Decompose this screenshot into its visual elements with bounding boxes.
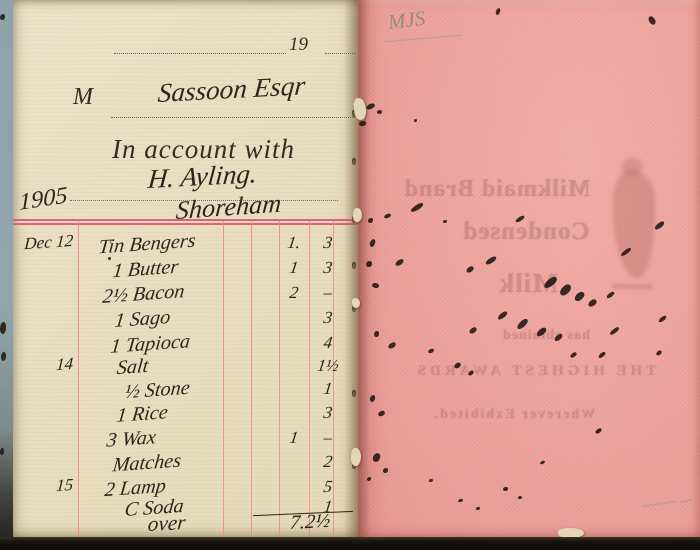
ledger-pence-handwriting: – bbox=[312, 428, 345, 448]
ledger-item-handwriting: 2½ Bacon bbox=[101, 280, 185, 309]
scanner-background-strip bbox=[0, 0, 13, 550]
ledger-item-handwriting: 1 Tapioca bbox=[109, 330, 191, 358]
ledger-row: 152 Lamp5 bbox=[13, 477, 358, 501]
ledger-item-handwriting: 1 Sago bbox=[114, 306, 172, 333]
ledger-item-handwriting: 2 Lamp bbox=[103, 475, 167, 502]
merchant-dotted-line bbox=[70, 200, 338, 201]
ledger-date-handwriting: 15 bbox=[12, 475, 74, 499]
book-bottom-edge bbox=[0, 537, 700, 550]
ledger-column-rule-pence bbox=[333, 221, 334, 537]
ledger-date-handwriting: 14 bbox=[12, 354, 74, 378]
ledger-shillings-handwriting: 1 bbox=[280, 428, 309, 448]
ledger-pence-handwriting: 1 bbox=[312, 379, 345, 399]
ledger-shillings-handwriting: 2 bbox=[280, 283, 309, 303]
ledger-head-rule-1 bbox=[13, 219, 358, 221]
ledger-pence-handwriting: 3 bbox=[312, 233, 345, 253]
showthrough-line: has obtained bbox=[375, 328, 700, 344]
ledger-pence-handwriting: 3 bbox=[312, 258, 345, 278]
printed-name-prefix: M bbox=[73, 84, 93, 111]
town-handwriting: Shoreham bbox=[175, 189, 282, 226]
ledger-item-handwriting: Tin Bengers bbox=[97, 230, 197, 260]
showthrough-line: Milk bbox=[357, 268, 699, 299]
account-book-scan: 19 M Sassoon Esqr In account with H. Ayl… bbox=[0, 0, 700, 550]
pencil-smudge-2 bbox=[680, 499, 692, 503]
showthrough-line: Milkmaid Brand bbox=[326, 176, 668, 203]
ledger-column-rule-2 bbox=[251, 221, 252, 537]
ledger-item-handwriting: Salt bbox=[116, 355, 150, 380]
ledger-pence-handwriting: 2 bbox=[312, 452, 345, 472]
ledger-pence-handwriting: 1½ bbox=[312, 356, 345, 376]
ledger-page: 19 M Sassoon Esqr In account with H. Ayl… bbox=[13, 0, 358, 537]
merchant-name-handwriting: H. Ayling. bbox=[147, 158, 259, 195]
ledger-pence-handwriting: 4 bbox=[312, 333, 345, 353]
ledger-column-rule-shillings bbox=[309, 221, 310, 537]
ledger-row: ½ Stone1 bbox=[13, 379, 358, 403]
spine-gutter-shadow bbox=[344, 0, 370, 537]
ledger-date-handwriting: Dec 12 bbox=[12, 231, 74, 255]
ledger-row: 2½ Bacon2– bbox=[13, 283, 358, 307]
total-label-handwriting: over bbox=[147, 510, 187, 537]
cover-page: MJS Milkmaid BrandCondensedMilkhas obtai… bbox=[358, 0, 700, 537]
ledger-row: 1 Tapioca4 bbox=[13, 333, 358, 357]
ledger-pence-handwriting: – bbox=[312, 283, 345, 303]
ledger-row: Dec 12Tin Bengers1.3 bbox=[13, 233, 358, 257]
ledger-pence-handwriting: 1 bbox=[312, 497, 345, 517]
ledger-row: 1 Sago3 bbox=[13, 308, 358, 332]
showthrough-line: Wherever Exhibited. bbox=[343, 407, 685, 423]
ledger-row: 3 Wax1– bbox=[13, 428, 358, 452]
cover-showthrough-text: Milkmaid BrandCondensedMilkhas obtainedT… bbox=[358, 0, 700, 537]
ledger-item-handwriting: C Soda bbox=[123, 495, 184, 522]
ledger-shillings-handwriting: 1 bbox=[280, 258, 309, 278]
year-handwriting: 1905 bbox=[19, 183, 68, 217]
total-sum-line bbox=[253, 511, 353, 516]
showthrough-line: Condensed bbox=[355, 218, 697, 246]
ledger-row: Matches2 bbox=[13, 452, 358, 476]
ledger-pence-handwriting: 3 bbox=[312, 403, 345, 423]
ledger-column-rule-3 bbox=[279, 221, 280, 537]
total-value-handwriting: 7.2½ bbox=[289, 510, 331, 535]
customer-name-handwriting: Sassoon Esqr bbox=[157, 70, 307, 109]
ledger-pence-handwriting: 3 bbox=[312, 308, 345, 328]
pencil-underline bbox=[384, 35, 462, 43]
ledger-shillings-handwriting: 1. bbox=[280, 233, 309, 253]
printed-phrase: In account with bbox=[112, 134, 295, 165]
milkmaid-figure-showthrough bbox=[613, 170, 655, 278]
ledger-item-handwriting: 1 Rice bbox=[116, 401, 169, 427]
ledger-row: 1 Rice3 bbox=[13, 403, 358, 427]
trade-mark-showthrough bbox=[612, 284, 652, 289]
ledger-pence-handwriting: 5 bbox=[312, 477, 345, 497]
ledger-column-rule-1 bbox=[223, 221, 224, 537]
milkmaid-figure-head-showthrough bbox=[621, 158, 643, 176]
ledger-item-handwriting: Matches bbox=[111, 450, 182, 478]
showthrough-line: THE HIGHEST AWARDS bbox=[364, 363, 700, 380]
ledger-row: C Soda1 bbox=[13, 497, 358, 521]
ledger-item-handwriting: 1 Butter bbox=[111, 256, 179, 283]
pencil-initials: MJS bbox=[387, 6, 427, 35]
ledger-row: 14Salt1½ bbox=[13, 356, 358, 380]
ledger-column-rule-date bbox=[78, 221, 79, 537]
ledger-row: 1 Butter13 bbox=[13, 258, 358, 282]
ledger-item-handwriting: ½ Stone bbox=[123, 377, 191, 404]
ledger-head-rule-2 bbox=[13, 223, 358, 225]
printed-year-prefix: 19 bbox=[289, 34, 308, 56]
ledger-rows: Dec 12Tin Bengers1.31 Butter132½ Bacon2–… bbox=[13, 0, 358, 537]
name-dotted-line bbox=[111, 117, 355, 118]
date-dotted-line bbox=[114, 53, 286, 54]
pencil-smudge bbox=[642, 501, 676, 508]
ledger-item-handwriting: 3 Wax bbox=[106, 426, 158, 452]
